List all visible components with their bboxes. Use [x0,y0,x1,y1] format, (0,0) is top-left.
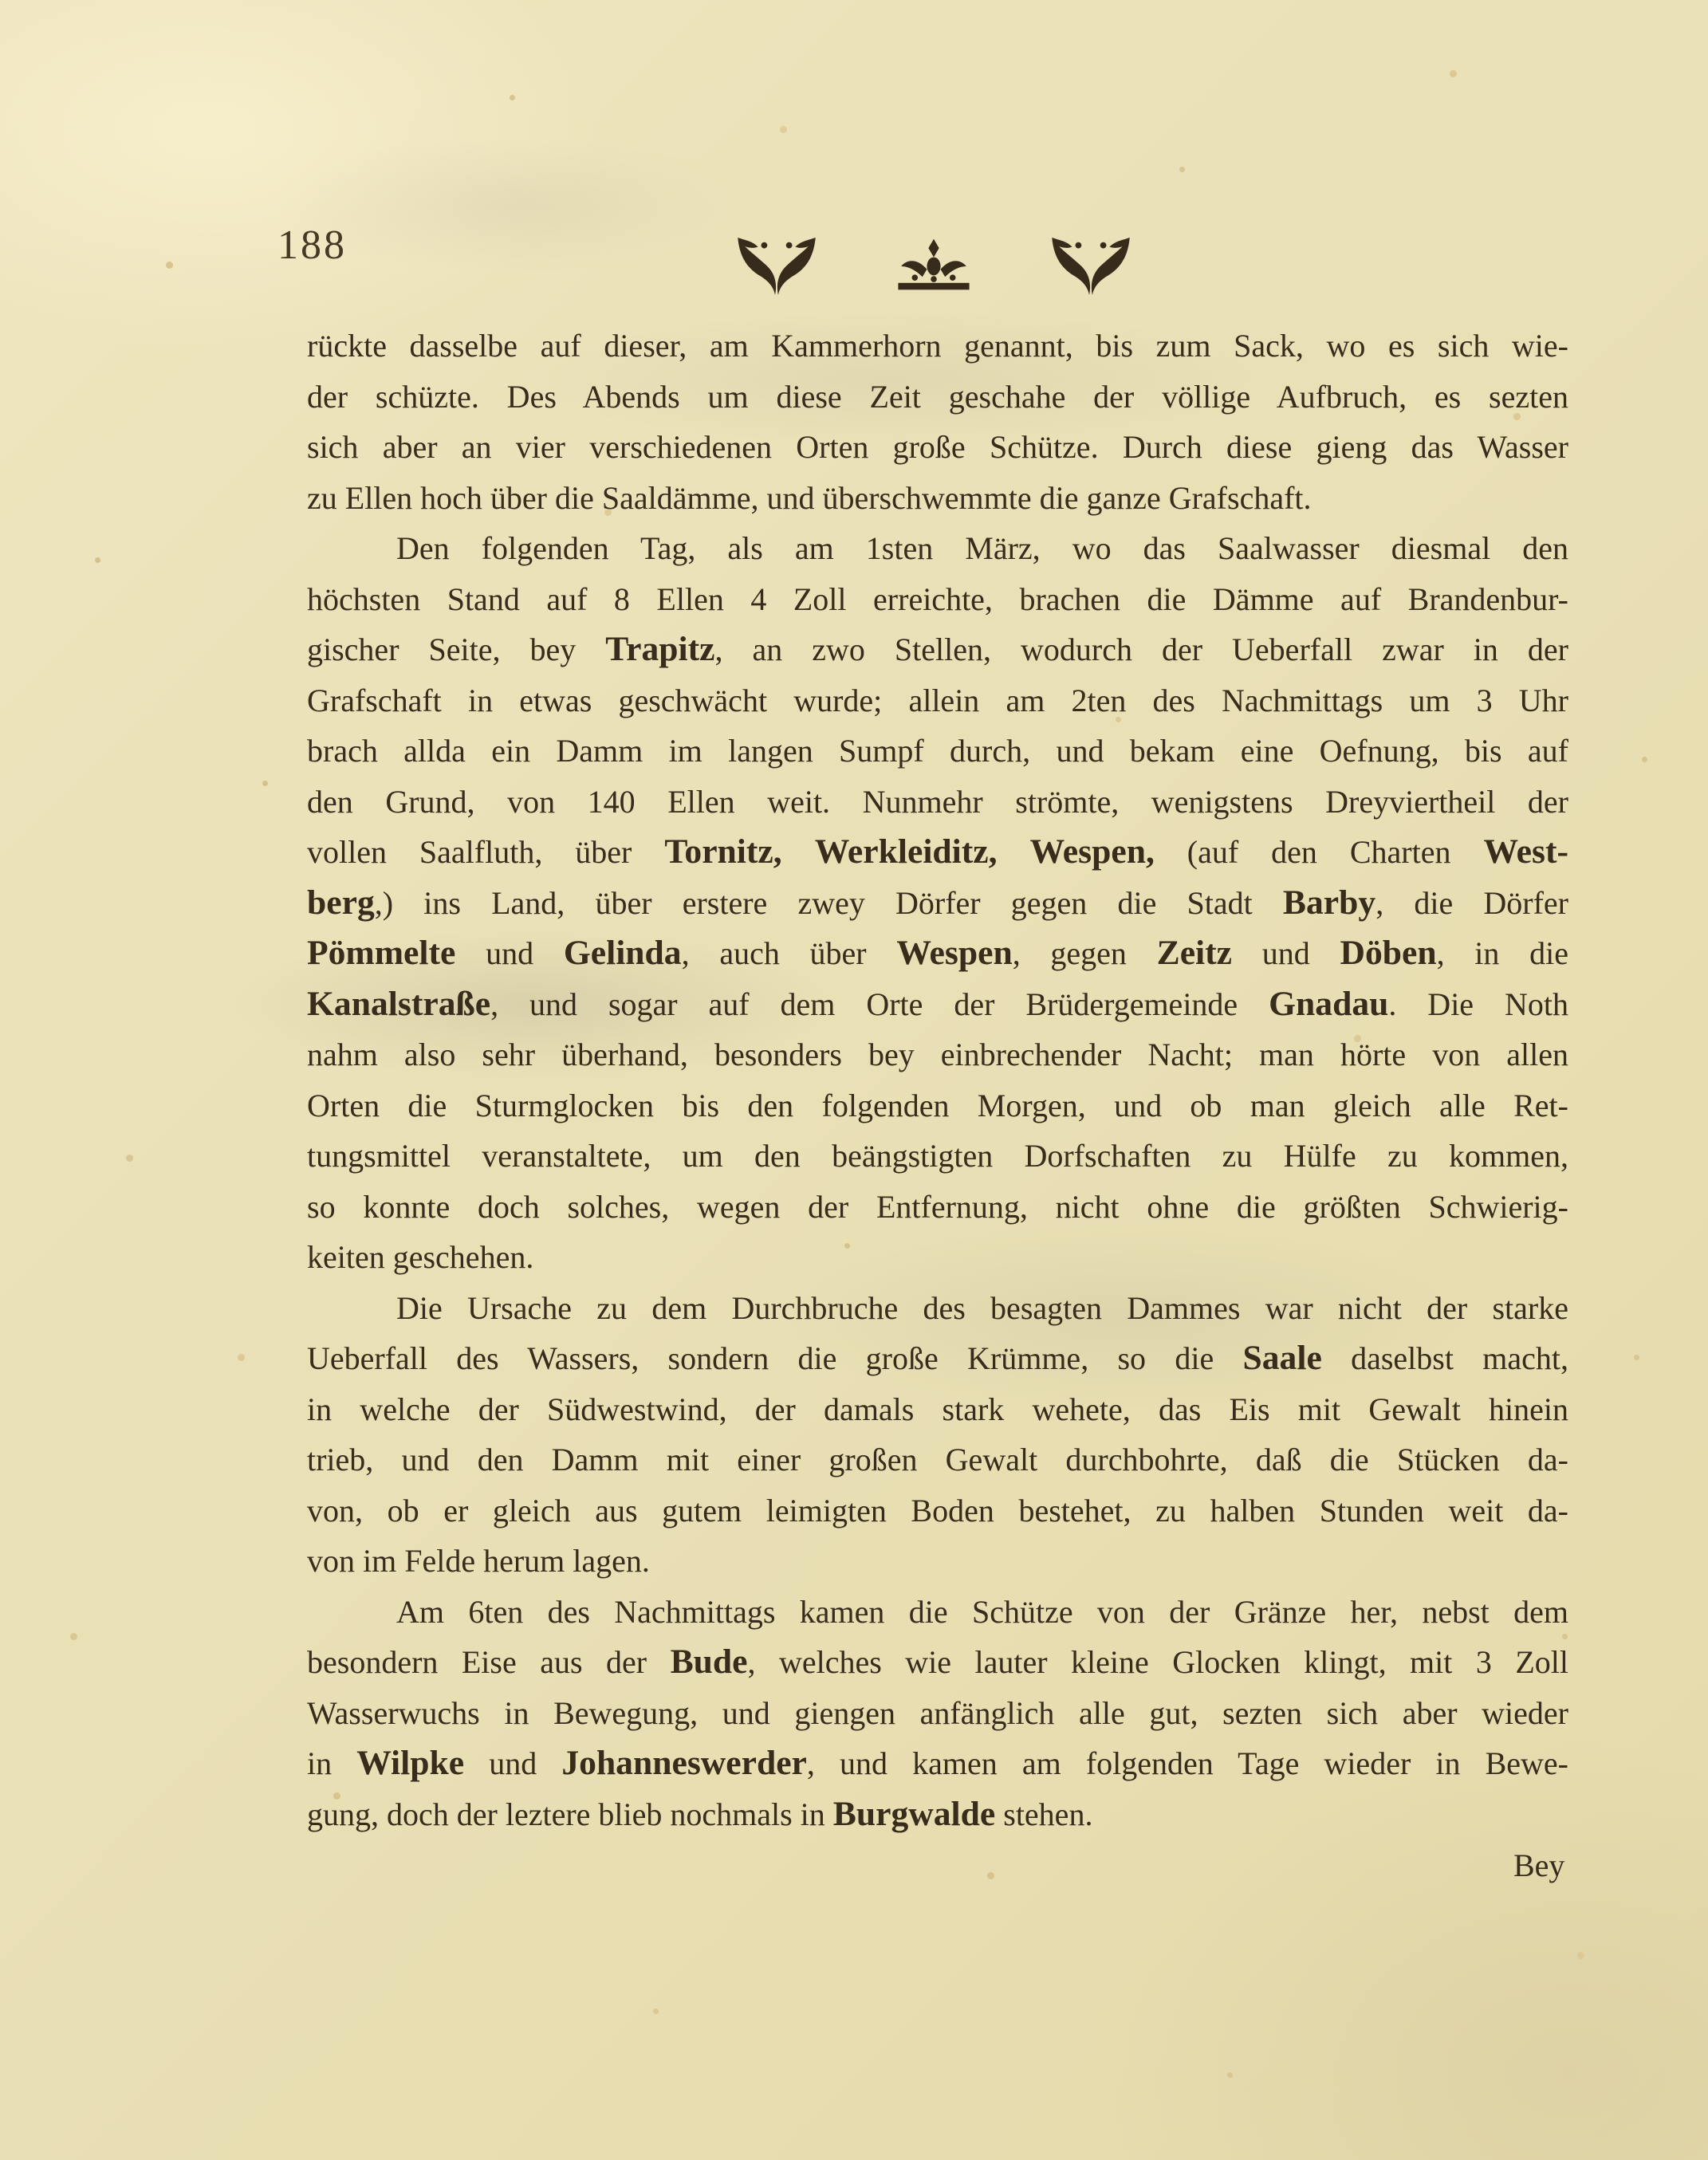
place-name-emphasis: Trapitz [605,630,714,668]
text-segment: Ueberfall des Wassers, sondern die große… [307,1340,1243,1376]
text-segment: , welches wie lauter kleine Glocken klin… [748,1644,1569,1680]
text-line: brach allda ein Damm im langen Sumpf dur… [307,726,1568,777]
text-line: in Wilpke und Johanneswerder, und kamen … [307,1738,1568,1789]
text-segment: von, ob er gleich aus gutem leimigten Bo… [307,1493,1568,1529]
text-line: Wasserwuchs in Bewegung, und giengen anf… [307,1688,1568,1739]
text-line: den Grund, von 140 Ellen weit. Nunmehr s… [307,777,1568,828]
place-name-emphasis: Wilpke [356,1744,464,1782]
text-segment: Den folgenden Tag, als am 1sten März, wo… [396,530,1568,566]
text-line: so konnte doch solches, wegen der Entfer… [307,1182,1568,1233]
fleuron-pair-left-icon [730,234,824,297]
text-segment: nahm also sehr überhand, besonders bey e… [307,1037,1568,1072]
text-segment: in [307,1745,356,1781]
text-segment: daselbst macht, [1322,1340,1568,1376]
text-line: Pömmelte und Gelinda, auch über Wespen, … [307,928,1568,979]
text-segment: so konnte doch solches, wegen der Entfer… [307,1189,1568,1225]
text-line: keiten geschehen. [307,1232,1568,1283]
text-line: der schüzte. Des Abends um diese Zeit ge… [307,372,1568,423]
text-line: sich aber an vier verschiedenen Orten gr… [307,422,1568,473]
place-name-emphasis: Gelinda [564,934,682,972]
text-line: von im Felde herum lagen. [307,1536,1568,1587]
text-segment: , an zwo Stellen, wodurch der Ueberfall … [714,631,1568,667]
text-segment: , gegen [1013,935,1157,971]
text-segment: zu Ellen hoch über die Saaldämme, und üb… [307,480,1312,516]
text-segment: von im Felde herum lagen. [307,1543,650,1579]
text-segment: gischer Seite, bey [307,631,605,667]
text-segment: und [464,1745,561,1781]
text-segment: trieb, und den Damm mit einer großen Gew… [307,1442,1568,1477]
text-line: gung, doch der leztere blieb nochmals in… [307,1789,1568,1840]
paper-fiber-specks [0,0,4,4]
text-segment: Am 6ten des Nachmittags kamen die Schütz… [396,1594,1568,1630]
place-name-emphasis: Barby [1283,883,1375,922]
place-name-emphasis: Tornitz, Werkleiditz, Wespen, [664,832,1155,871]
fleuron-crown-center-icon [891,236,976,295]
place-name-emphasis: Pömmelte [307,934,455,972]
text-segment: rückte dasselbe auf dieser, am Kammerhor… [307,328,1568,364]
text-line: Kanalstraße, und sogar auf dem Orte der … [307,979,1568,1030]
text-segment: keiten geschehen. [307,1239,533,1275]
text-segment: tungsmittel veranstaltete, um den beängs… [307,1138,1568,1174]
text-segment: . Die Noth [1388,986,1568,1022]
text-line: in welche der Südwestwind, der damals st… [307,1384,1568,1435]
place-name-emphasis: berg [307,883,375,922]
place-name-emphasis: Bude [671,1643,748,1681]
text-line: Grafschaft in etwas geschwächt wurde; al… [307,675,1568,726]
text-line: gischer Seite, bey Trapitz, an zwo Stell… [307,624,1568,675]
place-name-emphasis: Saale [1243,1339,1322,1377]
page-number: 188 [277,222,347,269]
text-line: rückte dasselbe auf dieser, am Kammerhor… [307,321,1568,372]
text-segment: in welche der Südwestwind, der damals st… [307,1391,1568,1427]
text-line: Ueberfall des Wassers, sondern die große… [307,1333,1568,1384]
text-line: besondern Eise aus der Bude, welches wie… [307,1637,1568,1688]
text-segment: , und kamen am folgenden Tage wieder in … [807,1745,1568,1781]
text-segment: und [1232,935,1340,971]
text-segment: vollen Saalfluth, über [307,834,664,870]
text-segment: und [455,935,563,971]
header-ornament-row [730,233,1138,298]
text-line: Den folgenden Tag, als am 1sten März, wo… [307,523,1568,574]
text-line: berg,) ins Land, über erstere zwey Dörfe… [307,878,1568,929]
book-page: { "document": { "page_number": "188", "c… [0,0,1708,2160]
text-segment: Orten die Sturmglocken bis den folgenden… [307,1088,1568,1123]
text-segment: brach allda ein Damm im langen Sumpf dur… [307,733,1568,769]
text-line: vollen Saalfluth, über Tornitz, Werkleid… [307,827,1568,878]
place-name-emphasis: Wespen [896,934,1012,972]
text-segment: Grafschaft in etwas geschwächt wurde; al… [307,683,1568,718]
text-segment: höchsten Stand auf 8 Ellen 4 Zoll erreic… [307,581,1568,617]
text-segment: der schüzte. Des Abends um diese Zeit ge… [307,379,1568,415]
place-name-emphasis: Kanalstraße [307,985,490,1023]
place-name-emphasis: Johanneswerder [561,1744,807,1782]
place-name-emphasis: Burgwalde [833,1795,995,1833]
text-line: trieb, und den Damm mit einer großen Gew… [307,1434,1568,1485]
place-name-emphasis: Gnadau [1269,985,1388,1023]
place-name-emphasis: West- [1483,832,1568,871]
text-segment: Wasserwuchs in Bewegung, und giengen anf… [307,1695,1568,1731]
fleuron-pair-right-icon [1044,234,1138,297]
text-line: tungsmittel veranstaltete, um den beängs… [307,1131,1568,1182]
text-segment: , die Dörfer [1375,885,1568,921]
catchword: Bey [1513,1847,1564,1884]
text-segment: gung, doch der leztere blieb nochmals in [307,1796,833,1832]
text-segment: besondern Eise aus der [307,1644,671,1680]
text-segment: ,) ins Land, über erstere zwey Dörfer ge… [375,885,1283,921]
text-segment: Die Ursache zu dem Durchbruche des besag… [396,1290,1568,1326]
text-segment: stehen. [995,1796,1092,1832]
text-segment: , in die [1437,935,1568,971]
text-line: Die Ursache zu dem Durchbruche des besag… [307,1283,1568,1334]
place-name-emphasis: Zeitz [1157,934,1232,972]
text-block: rückte dasselbe auf dieser, am Kammerhor… [307,321,1568,1839]
text-segment: sich aber an vier verschiedenen Orten gr… [307,429,1568,465]
text-segment: , auch über [682,935,897,971]
text-segment: den Grund, von 140 Ellen weit. Nunmehr s… [307,784,1568,820]
text-line: zu Ellen hoch über die Saaldämme, und üb… [307,473,1568,524]
text-line: von, ob er gleich aus gutem leimigten Bo… [307,1485,1568,1536]
text-line: Orten die Sturmglocken bis den folgenden… [307,1080,1568,1131]
text-segment: , und sogar auf dem Orte der Brüdergemei… [490,986,1269,1022]
text-line: Am 6ten des Nachmittags kamen die Schütz… [307,1587,1568,1638]
text-segment: (auf den Charten [1155,834,1484,870]
text-line: höchsten Stand auf 8 Ellen 4 Zoll erreic… [307,574,1568,625]
text-line: nahm also sehr überhand, besonders bey e… [307,1029,1568,1080]
place-name-emphasis: Döben [1340,934,1436,972]
